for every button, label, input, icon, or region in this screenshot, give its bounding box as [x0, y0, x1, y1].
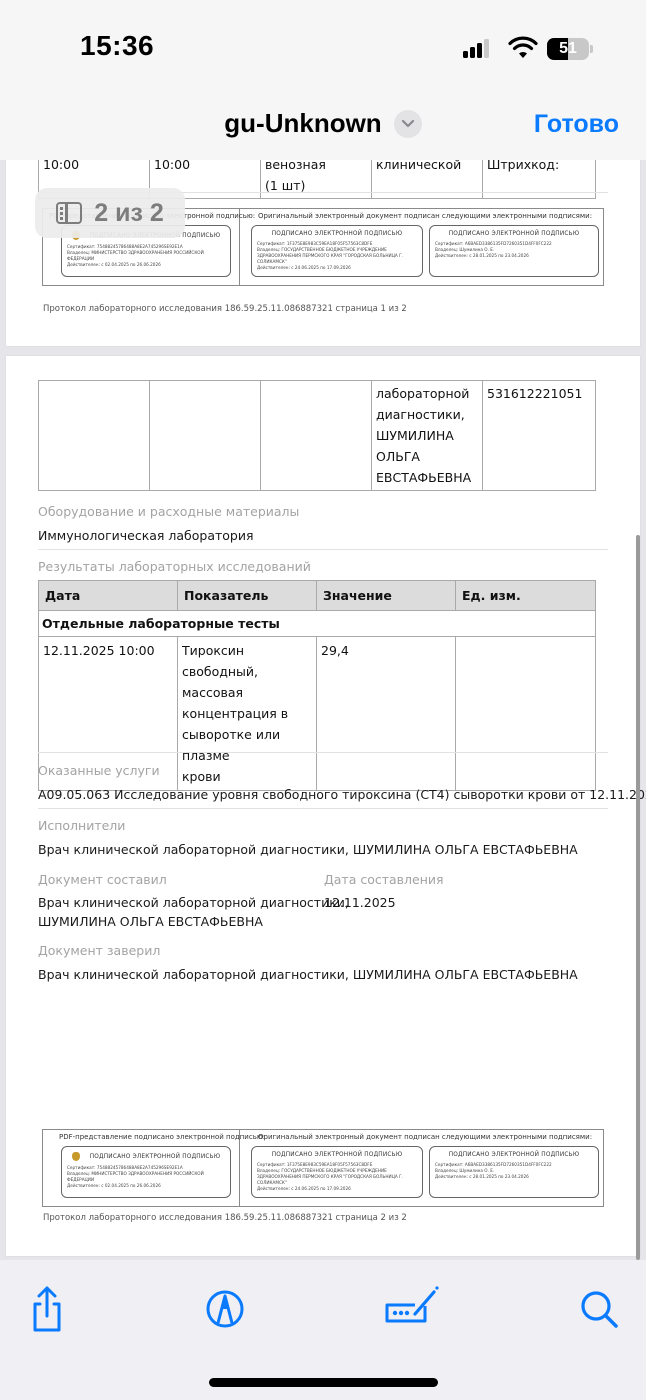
services-value: A09.05.063 Исследование уровня свободног…: [38, 785, 646, 804]
search-icon[interactable]: [576, 1284, 626, 1334]
sample-table-fragment: лабораторнойдиагностики,ШУМИЛИНАОЛЬГАЕВС…: [38, 380, 596, 491]
pdf-viewer-screen: 15:36 51 gu-Unknown Готово: [0, 0, 646, 1400]
result-value: 29,4: [317, 637, 456, 791]
status-bar: 15:36 51: [0, 0, 646, 100]
column-header: Значение: [317, 581, 456, 611]
page-counter-label: 2 из 2: [94, 199, 164, 228]
table-cell: лабораторнойдиагностики,ШУМИЛИНАОЛЬГАЕВС…: [372, 381, 483, 491]
document-title: gu-Unknown: [224, 108, 381, 139]
pdf-page-2: лабораторнойдиагностики,ШУМИЛИНАОЛЬГАЕВС…: [6, 356, 640, 1256]
signature-card: ПОДПИСАНО ЭЛЕКТРОННОЙ ПОДПИСЬЮ Сертифика…: [429, 225, 599, 277]
composed-date-label: Дата составления: [324, 872, 444, 887]
document-scroll-area[interactable]: 12.11.2025 10:0012.11.2025 10:00Кровь ве…: [0, 160, 646, 1260]
table-row: лабораторнойдиагностики,ШУМИЛИНАОЛЬГАЕВС…: [39, 381, 596, 491]
composed-by-value: Врач клинической лабораторной диагностик…: [38, 893, 349, 931]
markup-pen-icon[interactable]: [200, 1284, 250, 1334]
vertical-scrollbar[interactable]: [636, 535, 640, 1260]
home-indicator: [209, 1378, 438, 1387]
original-signature-heading: Оригинальный электронный документ подпис…: [258, 212, 592, 220]
results-table: ДатаПоказательЗначениеЕд. изм. Отдельные…: [38, 580, 596, 791]
column-header: Ед. изм.: [456, 581, 596, 611]
chevron-down-icon[interactable]: [394, 110, 422, 138]
results-group-row: Отдельные лабораторные тесты: [39, 611, 596, 637]
equipment-label: Оборудование и расходные материалы: [38, 504, 299, 519]
signature-block: PDF-представление подписано электронной …: [42, 1129, 604, 1207]
group-title: Отдельные лабораторные тесты: [39, 611, 596, 637]
column-header: Дата: [39, 581, 178, 611]
page-footer: Протокол лабораторного исследования 186.…: [43, 304, 407, 314]
signature-card: ПОДПИСАНО ЭЛЕКТРОННОЙ ПОДПИСЬЮ Сертифика…: [251, 1146, 423, 1198]
results-header-row: ДатаПоказательЗначениеЕд. изм.: [39, 581, 596, 611]
wifi-icon: [508, 36, 538, 60]
composed-date-value: 12.11.2025: [324, 893, 396, 912]
done-button[interactable]: Готово: [534, 110, 619, 139]
sidebar-thumbnails-icon: [56, 202, 82, 224]
coat-of-arms-icon: [72, 1152, 80, 1161]
result-indicator: Тироксин свободный,массоваяконцентрация …: [178, 637, 317, 791]
equipment-value: Иммунологическая лаборатория: [38, 526, 254, 545]
column-header: Показатель: [178, 581, 317, 611]
certified-by-value: Врач клинической лабораторной диагностик…: [38, 965, 578, 984]
table-cell: [39, 381, 150, 491]
performers-value: Врач клинической лабораторной диагностик…: [38, 840, 578, 859]
battery-percent: 51: [547, 38, 589, 60]
cellular-signal-icon: [463, 40, 491, 58]
result-unit: [456, 637, 596, 791]
signature-card: ПОДПИСАНО ЭЛЕКТРОННОЙ ПОДПИСЬЮ Сертифика…: [251, 225, 423, 277]
share-icon[interactable]: [22, 1284, 72, 1334]
battery-icon: 51: [547, 38, 589, 60]
original-signature-heading: Оригинальный электронный документ подпис…: [258, 1133, 592, 1141]
battery-nub: [590, 45, 593, 53]
certified-by-label: Документ заверил: [38, 943, 160, 958]
table-cell: [150, 381, 261, 491]
services-label: Оказанные услуги: [38, 763, 160, 778]
table-cell: 531612221051: [483, 381, 596, 491]
signature-card: ПОДПИСАНО ЭЛЕКТРОННОЙ ПОДПИСЬЮ Сертифика…: [61, 1146, 231, 1198]
table-cell: [261, 381, 372, 491]
navigation-bar: gu-Unknown Готово: [0, 100, 646, 160]
divider: [38, 549, 608, 550]
page-counter[interactable]: 2 из 2: [35, 188, 185, 238]
signature-card: ПОДПИСАНО ЭЛЕКТРОННОЙ ПОДПИСЬЮ Сертифика…: [429, 1146, 599, 1198]
status-time: 15:36: [80, 30, 154, 62]
results-label: Результаты лабораторных исследований: [38, 559, 311, 574]
performers-label: Исполнители: [38, 818, 125, 833]
divider: [38, 808, 608, 809]
divider: [38, 752, 608, 753]
page-footer: Протокол лабораторного исследования 186.…: [43, 1213, 407, 1223]
document-title-menu[interactable]: gu-Unknown: [224, 108, 421, 139]
composed-by-label: Документ составил: [38, 872, 167, 887]
pdf-signature-heading: PDF-представление подписано электронной …: [59, 1133, 265, 1141]
signature-icon[interactable]: [385, 1284, 441, 1334]
